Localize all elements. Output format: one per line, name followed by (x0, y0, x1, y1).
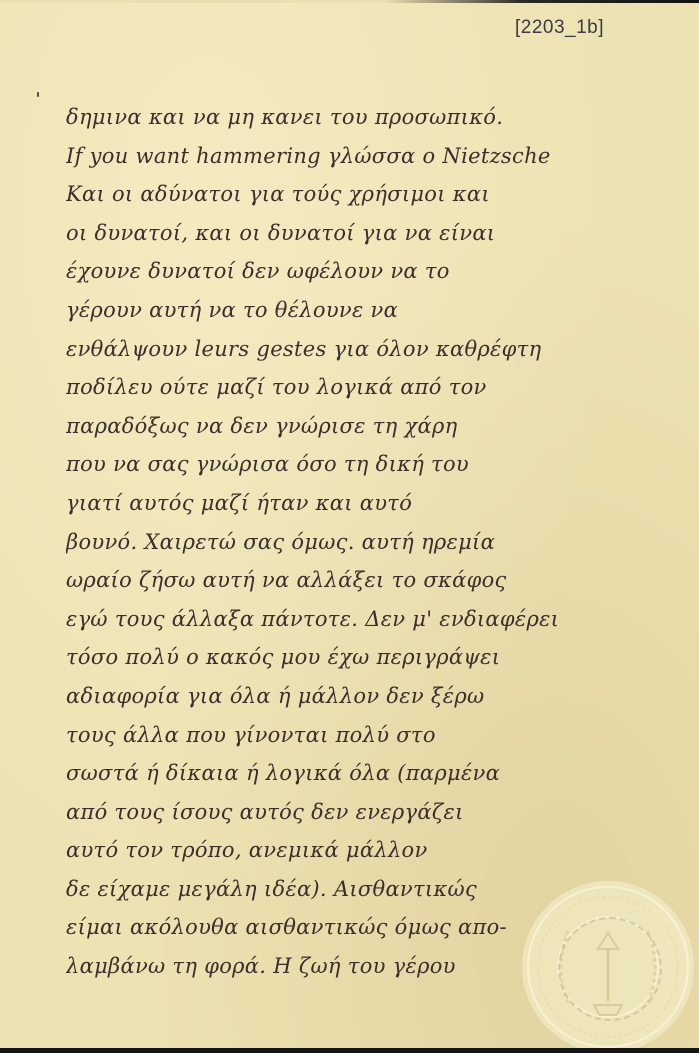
handwritten-line: ωραίο ζήσω αυτή να αλλάξει το σκάφος (66, 561, 696, 600)
handwritten-line: τους άλλα που γίνονται πολύ στο (66, 716, 696, 755)
handwritten-line: παραδόξως να δεν γνώρισε τη χάρη (66, 407, 696, 446)
scan-bottom-edge (0, 1048, 699, 1053)
handwritten-line: σωστά ή δίκαια ή λογικά όλα (παρμένα (66, 754, 696, 793)
handwritten-line: από τους ίσους αυτός δεν ενεργάζει (66, 793, 696, 832)
handwritten-line: δημινα και να μη κανει του προσωπικό. (66, 98, 696, 137)
ink-mark (37, 92, 39, 97)
handwritten-line: ποδίλευ ούτε μαζί του λογικά από τον (66, 368, 696, 407)
handwritten-line: τόσο πολύ ο κακός μου έχω περιγράψει (66, 638, 696, 677)
handwritten-line: εγώ τους άλλαξα πάντοτε. Δεν μ' ενδιαφέρ… (66, 600, 696, 639)
handwritten-line: οι δυνατοί, και οι δυνατοί για να είναι (66, 214, 696, 253)
seal-center-ring (558, 917, 662, 1021)
letter-body: δημινα και να μη κανει του προσωπικό. If… (66, 98, 696, 986)
handwritten-line: αδιαφορία για όλα ή μάλλον δεν ξέρω (66, 677, 696, 716)
handwritten-line: Και οι αδύνατοι για τούς χρήσιμοι και (66, 175, 696, 214)
handwritten-line: αυτό τον τρόπο, ανεμικά μάλλον (66, 831, 696, 870)
archive-reference-label: [2203_1b] (515, 17, 604, 39)
handwritten-line: βουνό. Χαιρετώ σας όμως. αυτή ηρεμία (66, 523, 696, 562)
handwritten-line: έχουνε δυνατοί δεν ωφέλουν να το (66, 252, 696, 291)
library-seal-stamp (524, 883, 692, 1051)
handwritten-line: ενθάλψουν leurs gestes για όλον καθρέφτη (66, 330, 696, 369)
handwritten-line: γιατί αυτός μαζί ήταν και αυτό (66, 484, 696, 523)
handwritten-line: If you want hammering γλώσσα ο Nietzsche (66, 137, 696, 176)
handwritten-line: που να σας γνώρισα όσο τη δική του (66, 445, 696, 484)
handwritten-line: γέρουν αυτή να το θέλουνε να (66, 291, 696, 330)
manuscript-page: [2203_1b] δημινα και να μη κανει του προ… (0, 3, 699, 1048)
